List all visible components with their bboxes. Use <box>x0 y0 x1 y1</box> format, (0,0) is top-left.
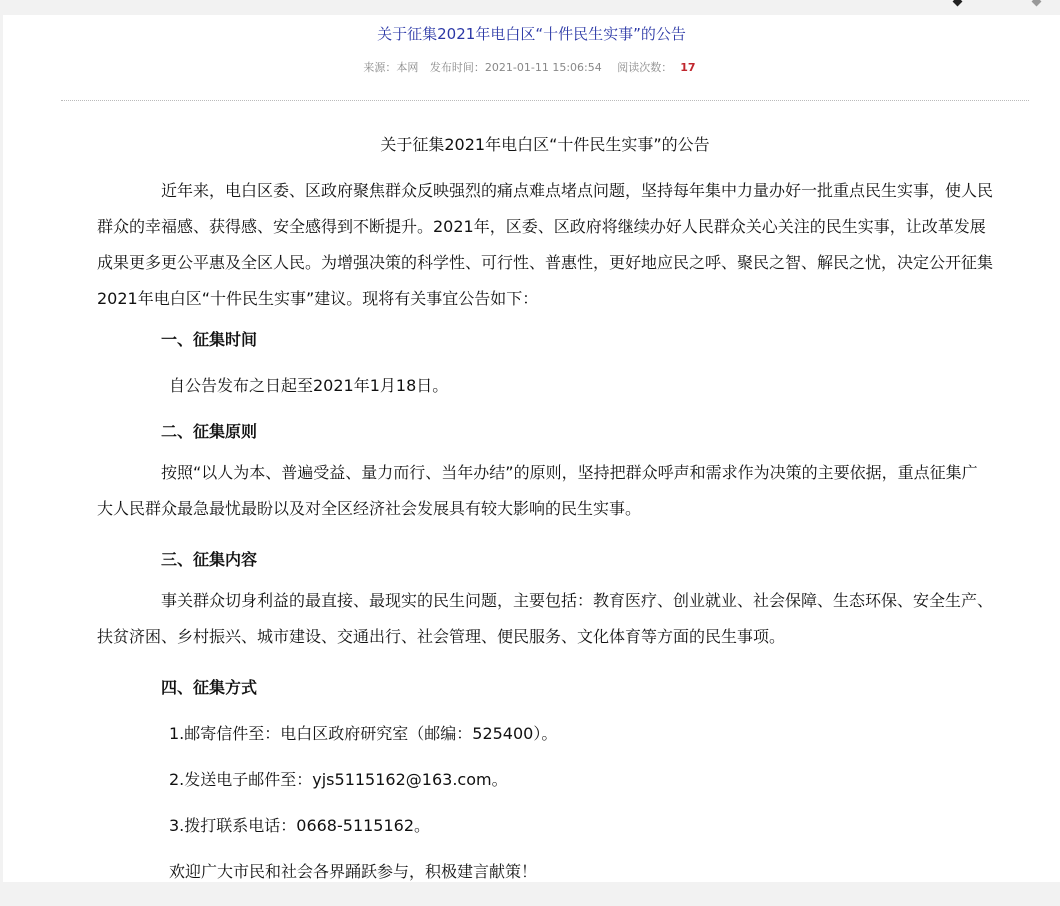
section-body: 事关群众切身利益的最直接、最现实的民生问题，主要包括：教育医疗、创业就业、社会保… <box>97 583 993 655</box>
toolbar-item-1[interactable] <box>954 0 965 8</box>
page-title: 关于征集2021年电白区“十件民生实事”的公告 <box>3 23 1060 44</box>
reads-label: 阅读次数：17 <box>613 61 699 74</box>
article-body: 关于征集2021年电白区“十件民生实事”的公告 近年来，电白区委、区政府聚焦群众… <box>97 131 993 882</box>
section-heading: 三、征集内容 <box>97 537 993 583</box>
source-label: 来源：本网 <box>363 61 418 74</box>
reads-label-text: 阅读次数： <box>617 61 672 74</box>
section-body: 按照“以人为本、普遍受益、量力而行、当年办结”的原则，坚持把群众呼声和需求作为决… <box>97 455 993 527</box>
toolbar-item-2[interactable] <box>1033 0 1044 8</box>
intro-paragraph: 近年来，电白区委、区政府聚焦群众反映强烈的痛点难点堵点问题，坚持每年集中力量办好… <box>97 173 993 317</box>
article-page: 关于征集2021年电白区“十件民生实事”的公告 来源：本网 发布时间：2021-… <box>3 15 1060 882</box>
method-item: 3.拨打联系电话：0668-5115162。 <box>97 803 993 849</box>
reads-count: 17 <box>680 61 695 74</box>
method-item: 2.发送电子邮件至：yjs5115162@163.com。 <box>97 757 993 803</box>
diamond-icon <box>1032 0 1042 6</box>
publish-time: 发布时间：2021-01-11 15:06:54 <box>430 61 602 74</box>
article-title: 关于征集2021年电白区“十件民生实事”的公告 <box>97 131 993 159</box>
article-meta: 来源：本网 发布时间：2021-01-11 15:06:54 阅读次数：17 <box>3 59 1060 75</box>
method-item: 1.邮寄信件至：电白区政府研究室（邮编：525400）。 <box>97 711 993 757</box>
section-heading: 四、征集方式 <box>97 665 993 711</box>
top-toolbar <box>0 0 1060 15</box>
closing-line: 欢迎广大市民和社会各界踊跃参与，积极建言献策！ <box>97 849 993 882</box>
section-body: 自公告发布之日起至2021年1月18日。 <box>97 363 993 409</box>
section-heading: 一、征集时间 <box>97 317 993 363</box>
divider <box>61 100 1029 101</box>
diamond-icon <box>953 0 963 6</box>
section-heading: 二、征集原则 <box>97 409 993 455</box>
